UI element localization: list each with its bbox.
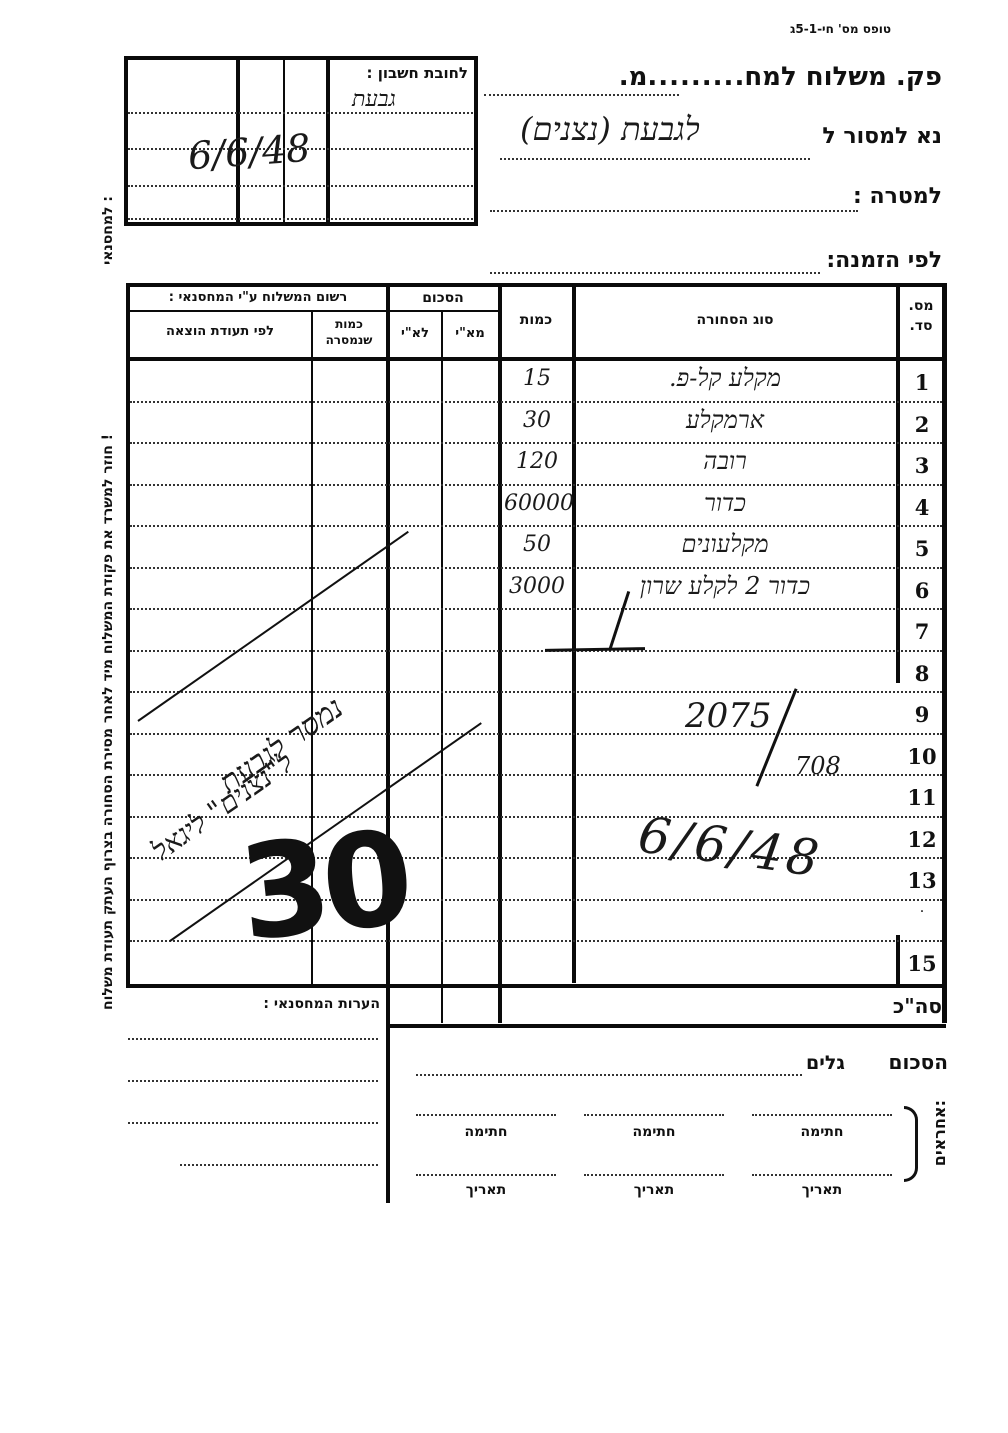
order-label: לפי הזמנה:: [826, 248, 942, 273]
signature-block: חתימה תאריך: [584, 1110, 724, 1200]
signature-line[interactable]: [584, 1114, 724, 1116]
quantity-cell[interactable]: 3000: [504, 574, 570, 599]
date-label: תאריך: [752, 1182, 892, 1198]
signatures-label: אחראים:: [930, 1100, 949, 1166]
quantity-cell[interactable]: 15: [504, 366, 570, 391]
form-title: פק. משלוח למח.........מ.: [619, 62, 942, 92]
header-serial: מס. סד.: [900, 296, 942, 336]
signature-line[interactable]: [416, 1114, 556, 1116]
row-number: 1: [902, 370, 942, 395]
table-row: 3רובה120: [130, 445, 942, 487]
signature-line[interactable]: [752, 1114, 892, 1116]
row-number: 2: [902, 412, 942, 437]
table-row: 7: [130, 611, 942, 653]
side-text-top: למחסנאי :: [100, 196, 116, 265]
handwritten-ref-sub: 708: [795, 752, 841, 780]
table-row: 5מקלעונים50: [130, 528, 942, 570]
row-number: 8: [902, 661, 942, 686]
row-divider: [130, 401, 942, 403]
header-qty-delivered: כמות שנמסרה: [314, 316, 384, 348]
quantity-cell[interactable]: 50: [504, 532, 570, 557]
row-number: 9: [902, 702, 942, 727]
notes-line[interactable]: [128, 1080, 378, 1082]
table-row: 9: [130, 694, 942, 736]
big-number: 30: [233, 802, 413, 970]
total-row-bottom: [388, 1024, 946, 1028]
notes-line[interactable]: [128, 1038, 378, 1040]
row-number: 12: [902, 827, 942, 852]
header-goods-type: סוג הסחורה: [576, 312, 894, 328]
quantity-cell[interactable]: 120: [504, 449, 570, 474]
total-label: סה"כ: [893, 994, 942, 1018]
header-amount-sub2: לא"י: [390, 326, 440, 341]
row-number: 7: [902, 619, 942, 644]
row-divider: [130, 608, 942, 610]
table-row: 1מקלע קל-פ.15: [130, 362, 942, 404]
table-body-bottom: [126, 984, 946, 988]
row-divider: [130, 733, 942, 735]
order-line[interactable]: [490, 272, 820, 274]
title-suffix: מ.: [619, 62, 648, 92]
date-line[interactable]: [584, 1174, 724, 1176]
amount-currency: גלים: [806, 1052, 845, 1074]
row-divider: [130, 650, 942, 652]
account-box-line: [128, 185, 473, 187]
header-amount: הסכום: [390, 290, 496, 306]
header-subdivider: [130, 310, 498, 312]
side-text-main: חוזר למשרד את פקודת המשלוח מיד לאחר מסיר…: [100, 290, 116, 1010]
goods-cell[interactable]: כדור: [580, 489, 870, 518]
notes-line[interactable]: [180, 1164, 378, 1166]
goods-cell[interactable]: ארמקלע: [580, 406, 870, 435]
table-row: 2ארמקלע30: [130, 404, 942, 446]
date-line[interactable]: [752, 1174, 892, 1176]
account-box-line: [128, 218, 473, 220]
account-label: לחובת חשבון :: [336, 64, 468, 82]
date-label: תאריך: [416, 1182, 556, 1198]
table-row: 4כדור60000: [130, 487, 942, 529]
deliver-to-line[interactable]: [500, 158, 810, 160]
row-divider: [130, 567, 942, 569]
handwritten-ref: 2075: [685, 696, 772, 736]
signature-label: חתימה: [752, 1124, 892, 1140]
form-code: טופס מס' חי-5-1ג: [790, 22, 891, 36]
signature-block: חתימה תאריך: [416, 1110, 556, 1200]
row-number: 15: [902, 951, 942, 976]
row-divider: [130, 442, 942, 444]
row-divider: [130, 525, 942, 527]
deliver-to-label: נא למסור ל: [822, 124, 942, 149]
date-line[interactable]: [416, 1174, 556, 1176]
goods-cell[interactable]: מקלע קל-פ.: [580, 364, 870, 393]
table-row: 8: [130, 653, 942, 695]
deliver-to-value: לגבעת (נצנים): [520, 110, 700, 148]
account-box-divider: [326, 58, 330, 226]
table-row: 6כדור 2 לקלע שרון3000: [130, 570, 942, 612]
quantity-cell[interactable]: 30: [504, 408, 570, 433]
storekeeper-notes-label: הערות המחסנאי :: [230, 996, 380, 1012]
header-storekeeper-record: רשום המשלוח ע"י המחסנאי :: [132, 290, 384, 305]
row-number: 11: [902, 785, 942, 810]
amount-label: הסכום: [889, 1050, 948, 1074]
account-box-line: [128, 112, 473, 114]
row-number: .: [902, 904, 942, 915]
purpose-label: למטרה :: [853, 184, 942, 209]
quantity-cell[interactable]: 60000: [504, 491, 570, 516]
table-right-border: [942, 283, 947, 1023]
header-amount-sub1: מא"י: [443, 326, 497, 341]
title-text: פק. משלוח למח.: [734, 62, 942, 92]
row-number: 5: [902, 536, 942, 561]
title-dotted-line: [484, 94, 679, 96]
purpose-line[interactable]: [490, 210, 858, 212]
notes-line[interactable]: [128, 1122, 378, 1124]
goods-cell[interactable]: מקלעונים: [580, 530, 870, 559]
goods-cell[interactable]: רובה: [580, 447, 870, 476]
account-value: גבעת: [352, 86, 396, 112]
row-number: 3: [902, 453, 942, 478]
goods-cell[interactable]: כדור 2 לקלע שרון: [580, 572, 870, 601]
account-date: 6/6/48: [187, 126, 312, 178]
amount-line[interactable]: [416, 1074, 802, 1076]
signature-label: חתימה: [416, 1124, 556, 1140]
row-number: 4: [902, 495, 942, 520]
header-per-issue-cert: לפי תעודת הוצאה: [132, 324, 308, 339]
row-number: 10: [902, 744, 942, 769]
row-divider: [130, 691, 942, 693]
date-label: תאריך: [584, 1182, 724, 1198]
signature-label: חתימה: [584, 1124, 724, 1140]
table-top-border: [126, 283, 946, 287]
row-number: 13: [902, 868, 942, 893]
row-divider: [130, 484, 942, 486]
header-quantity: כמות: [502, 312, 570, 328]
row-number: 6: [902, 578, 942, 603]
header-bottom-border: [126, 357, 946, 361]
signature-block: חתימה תאריך: [752, 1110, 892, 1200]
brace-icon: [904, 1106, 918, 1182]
